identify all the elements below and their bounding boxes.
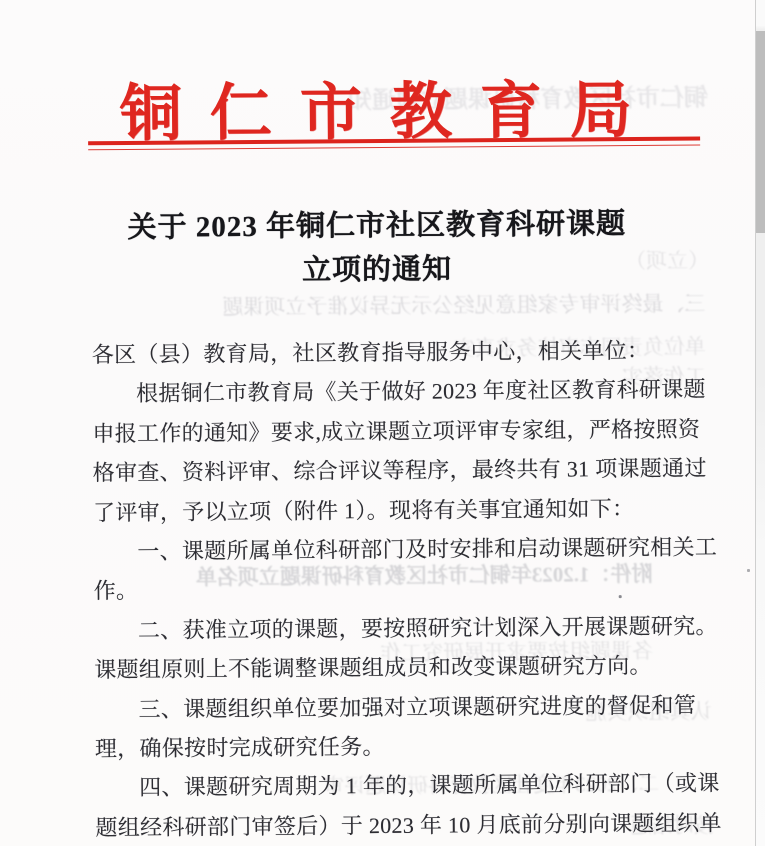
body-line: 题组经科研部门审签后）于 2023 年 10 月底前分别向课题组织单	[95, 803, 701, 846]
body-line-item-3: 三、课题组织单位要加强对立项课题研究进度的督促和管	[94, 685, 700, 729]
body-line: 作。	[93, 567, 699, 611]
body-line: 课题组原则上不能调整课题组成员和改变课题研究方向。	[94, 646, 700, 690]
body-line: 理，确保按时完成研究任务。	[95, 724, 701, 768]
document-title-line1: 关于 2023 年铜仁市社区教育科研课题	[0, 201, 755, 251]
scan-dust-speck	[747, 569, 750, 572]
document-body: 各区（县）教育局，社区教育指导服务中心，相关单位： 根据铜仁市教育局《关于做好 …	[92, 330, 702, 846]
body-line: 根据铜仁市教育局《关于做好 2023 年度社区教育科研课题	[92, 370, 698, 414]
body-line-item-2: 二、获准立项的课题，要按照研究计划深入开展课题研究。	[94, 606, 700, 650]
body-line: 格审查、资料评审、综合评议等程序，最终共有 31 项课题通过	[93, 449, 699, 493]
scrollbar-thumb[interactable]	[756, 31, 765, 233]
body-line: 申报工作的通知》要求,成立课题立项评审专家组，严格按照资	[92, 409, 698, 453]
body-line-salutation: 各区（县）教育局，社区教育指导服务中心，相关单位：	[92, 330, 698, 374]
document-title: 关于 2023 年铜仁市社区教育科研课题 立项的通知	[0, 201, 755, 295]
scanned-document-page: 铜仁市社区教育科研课题立项通知 （立项） 三、最终评审专家组意见经公示无异议准予…	[0, 0, 756, 846]
document-viewer: 铜仁市社区教育科研课题立项通知 （立项） 三、最终评审专家组意见经公示无异议准予…	[0, 0, 765, 846]
document-title-line2: 立项的通知	[0, 245, 755, 295]
scrollbar-track[interactable]	[755, 0, 765, 846]
body-line: 了评审，予以立项（附件 1）。现将有关事宜通知如下：	[93, 488, 699, 532]
body-line-item-4: 四、课题研究周期为 1 年的，课题所属单位科研部门（或课	[95, 764, 701, 808]
scan-tilt-wrapper: 铜仁市社区教育科研课题立项通知 （立项） 三、最终评审专家组意见经公示无异议准予…	[0, 0, 756, 846]
scan-dust-speck	[619, 595, 622, 598]
body-line-item-1: 一、课题所属单位科研部门及时安排和启动课题研究相关工	[93, 527, 699, 571]
